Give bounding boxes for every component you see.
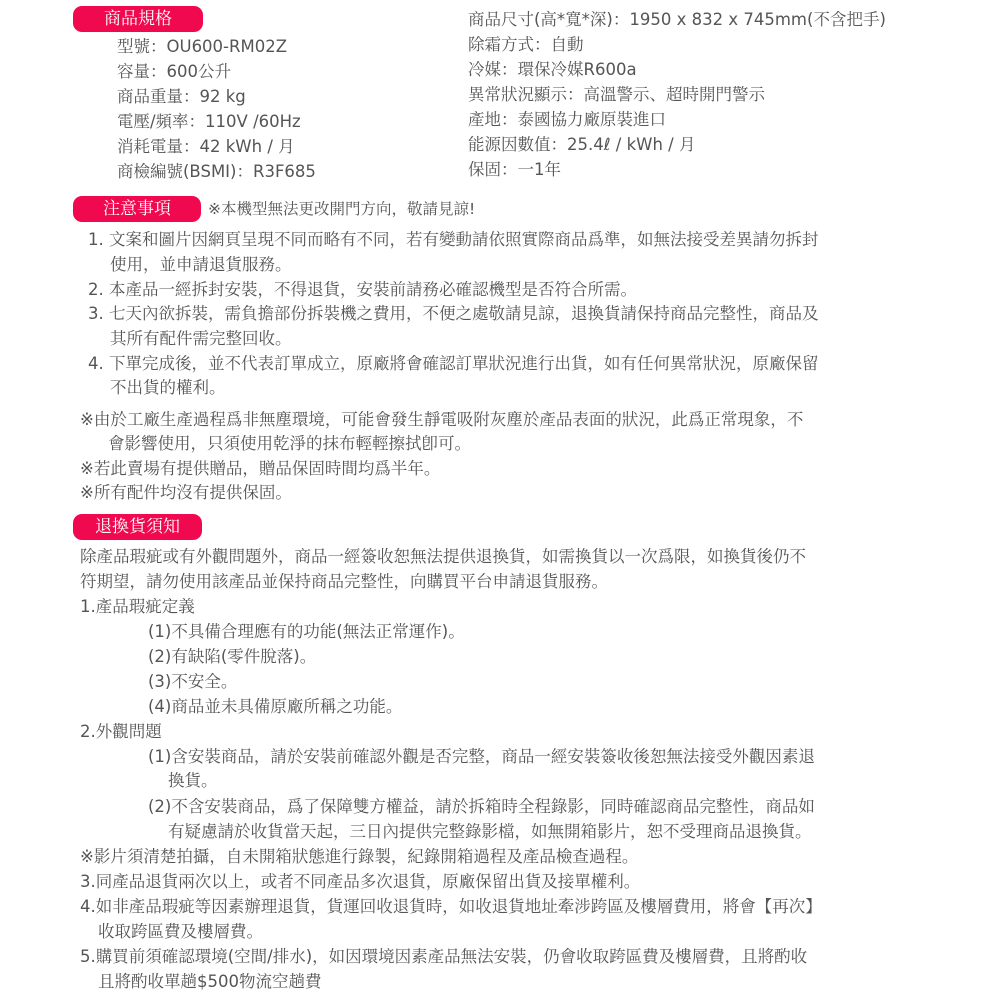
spec-power-consumption: 消耗電量：42 kWh / 月: [117, 135, 295, 159]
appearance-title: 2.外觀問題: [80, 720, 162, 744]
spec-weight: 商品重量：92 kg: [117, 85, 246, 109]
note-item-2: 2. 本產品一經拆封安裝，不得退貨，安裝前請務必確認機型是否符合所需。: [88, 278, 637, 302]
spec-model: 型號：OU600-RM02Z: [117, 35, 287, 59]
returns-item-3: 3.同產品退貨兩次以上，或者不同產品多次退貨，原廠保留出貨及接單權利。: [80, 870, 640, 894]
defect-item-3: (3)不安全。: [148, 670, 237, 694]
defect-item-2: (2)有缺陷(零件脫落)。: [148, 645, 316, 669]
returns-item-5-cont: 且將酌收單趟$500物流空趟費: [98, 970, 322, 994]
returns-intro-line-2: 符期望，請勿使用該產品並保持商品完整性，向購買平台申請退貨服務。: [80, 570, 608, 594]
spec-energy-factor: 能源因數值：25.4ℓ / kWh / 月: [468, 133, 695, 157]
spec-voltage: 電壓/頻率：110V /60Hz: [117, 110, 301, 134]
spec-defrost: 除霜方式：自動: [468, 33, 584, 57]
spec-origin: 產地：泰國協力廠原裝進口: [468, 108, 666, 132]
remark-dust-cont: 會影響使用，只須使用乾淨的抹布輕輕擦拭卽可。: [108, 432, 471, 456]
appearance-item-2-cont: 有疑慮請於收貨當天起，三日內提供完整錄影檔，如無開箱影片，恕不受理商品退換貨。: [168, 820, 812, 844]
note-item-3-cont: 其所有配件需完整回收。: [110, 327, 292, 351]
defect-title: 1.產品瑕疵定義: [80, 595, 195, 619]
returns-item-4: 4.如非產品瑕疵等因素辦理退貨，貨運回收退貨時，如收退貨地址牽涉跨區及樓層費用，…: [80, 895, 822, 919]
returns-intro-line-1: 除產品瑕疵或有外觀問題外，商品一經簽收恕無法提供退換貨，如需換貨以一次爲限，如換…: [80, 545, 806, 569]
note-item-4-cont: 不出貨的權利。: [110, 376, 226, 400]
defect-item-4: (4)商品並未具備原廠所稱之功能。: [148, 695, 402, 719]
returns-badge: 退換貨須知: [73, 514, 202, 540]
remark-accessory-warranty: ※所有配件均沒有提供保固。: [80, 481, 292, 505]
video-note: ※影片須清楚拍攝，自未開箱狀態進行錄製，紀錄開箱過程及產品檢查過程。: [80, 845, 638, 869]
spec-alarm: 異常狀況顯示：高溫警示、超時開門警示: [468, 83, 765, 107]
note-item-4: 4. 下單完成後，並不代表訂單成立，原廠將會確認訂單狀況進行出貨，如有任何異常狀…: [88, 352, 819, 376]
spec-refrigerant: 冷媒：環保冷媒R600a: [468, 58, 637, 82]
note-item-1: 1. 文案和圖片因網頁呈現不同而略有不同，若有變動請依照實際商品爲準，如無法接受…: [88, 228, 819, 252]
defect-item-1: (1)不具備合理應有的功能(無法正常運作)。: [148, 620, 465, 644]
appearance-item-1: (1)含安裝商品，請於安裝前確認外觀是否完整，商品一經安裝簽收後恕無法接受外觀因…: [148, 745, 815, 769]
spec-warranty: 保固：一1年: [468, 158, 561, 182]
remark-dust: ※由於工廠生產過程爲非無塵環境，可能會發生靜電吸附灰塵於產品表面的狀況，此爲正常…: [80, 408, 803, 432]
spec-capacity: 容量：600公升: [117, 60, 231, 84]
remark-gift-warranty: ※若此賣場有提供贈品，贈品保固時間均爲半年。: [80, 457, 440, 481]
notes-badge: 注意事項: [73, 196, 201, 222]
specs-badge: 商品規格: [73, 6, 203, 32]
spec-dimensions: 商品尺寸(高*寬*深)：1950 x 832 x 745mm(不含把手): [468, 8, 886, 32]
appearance-item-2: (2)不含安裝商品，爲了保障雙方權益，請於拆箱時全程錄影，同時確認商品完整性，商…: [148, 795, 815, 819]
note-item-3: 3. 七天內欲拆裝，需負擔部份拆裝機之費用，不便之處敬請見諒，退換貨請保持商品完…: [88, 302, 819, 326]
note-item-1-cont: 使用，並申請退貨服務。: [110, 253, 292, 277]
notes-headline: ※本機型無法更改開門方向，敬請見諒!: [208, 197, 475, 221]
returns-item-5: 5.購買前須確認環境(空間/排水)，如因環境因素產品無法安裝，仍會收取跨區費及樓…: [80, 945, 807, 969]
returns-item-4-cont: 收取跨區費及樓層費。: [98, 920, 263, 944]
appearance-item-1-cont: 換貨。: [168, 769, 218, 793]
spec-bsmi: 商檢編號(BSMI)：R3F685: [117, 160, 316, 184]
